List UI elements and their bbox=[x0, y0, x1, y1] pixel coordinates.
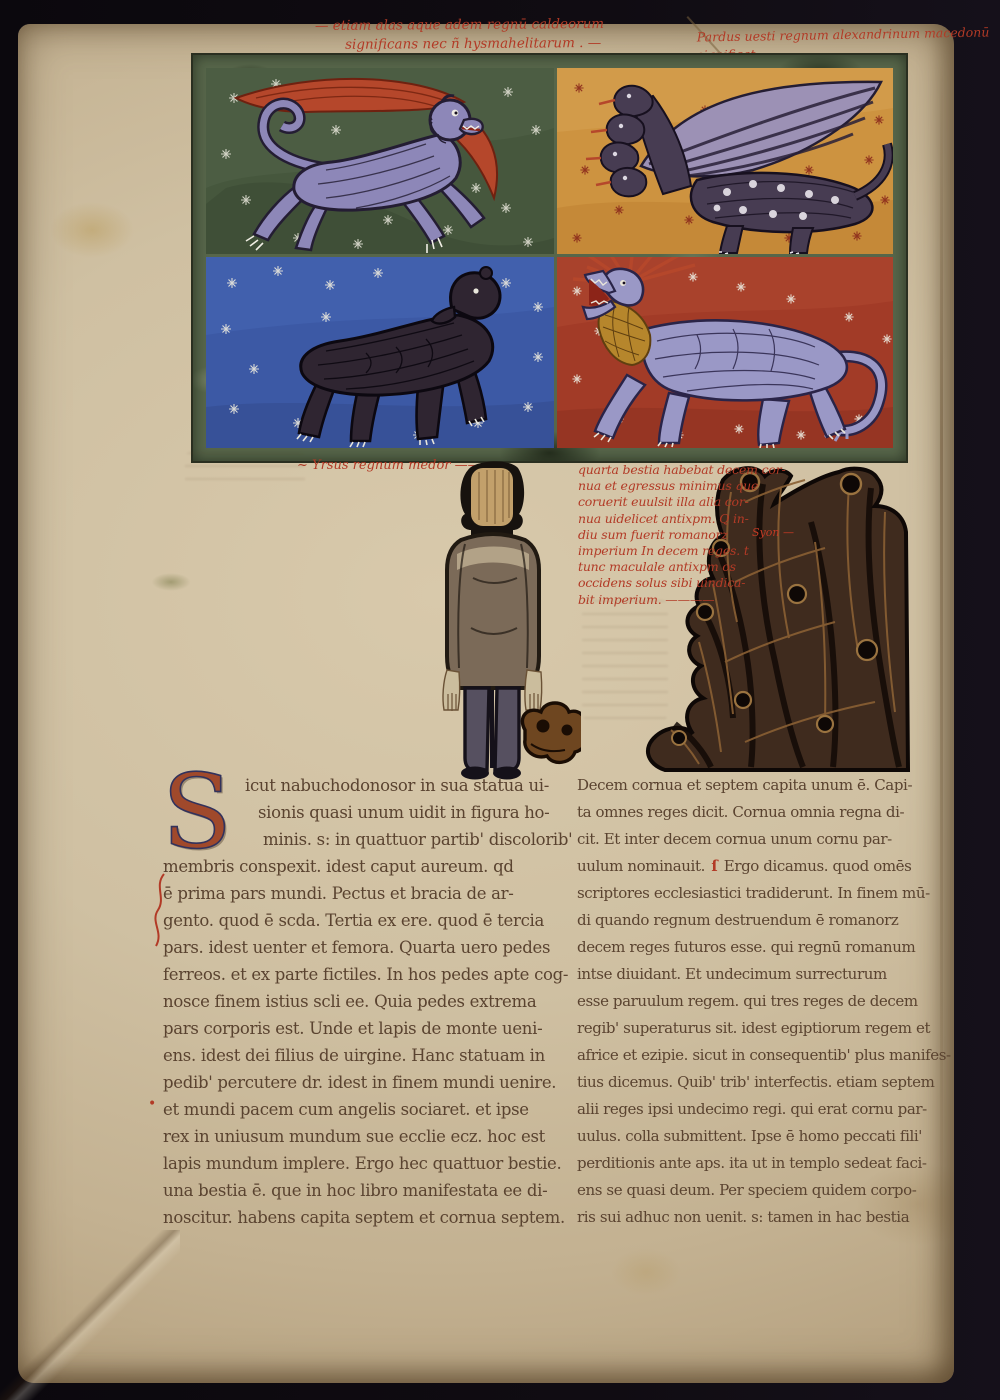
text-line: et mundi pacem cum angelis sociaret. et … bbox=[163, 1096, 577, 1123]
text-line: ens. idest dei filius de uirgine. Hanc s… bbox=[163, 1042, 577, 1069]
text-segment: uulum nominauit. bbox=[577, 857, 705, 875]
text-line: intse diuidant. Et undecimum surrecturum bbox=[577, 961, 923, 988]
rubric-line: nua uidelicet antixpm. Q in- bbox=[578, 511, 810, 527]
text-line: minis. s: in quattuor partib' discolorib… bbox=[163, 826, 577, 853]
text-line: membris conspexit. idest caput aureum. q… bbox=[163, 853, 577, 880]
text-line: sionis quasi unum uidit in figura ho- bbox=[163, 799, 577, 826]
right-text-column: Decem cornua et septem capita unum ē. Ca… bbox=[577, 772, 923, 1231]
rubric-line: quarta bestia habebat decem cor- bbox=[578, 462, 810, 478]
fold-crease bbox=[940, 60, 943, 1340]
text-line: lapis mundum implere. Ergo hec quattuor … bbox=[163, 1150, 577, 1177]
rubric-line: coruerit euulsit illa alia cor- bbox=[578, 494, 810, 510]
rubric-line: imperium In decem reges. t bbox=[578, 543, 810, 559]
text-line: ē prima pars mundi. Pectus et bracia de … bbox=[163, 880, 577, 907]
text-line: tius dicemus. Quib' trib' interfectis. e… bbox=[577, 1069, 923, 1096]
quadrant-winged-pard bbox=[557, 68, 893, 254]
text-line: uulus. colla submittent. Ipse ē homo pec… bbox=[577, 1123, 923, 1150]
text-line: scriptores ecclesiastici tradiderunt. In… bbox=[577, 880, 923, 907]
rubric-line: bit imperium. ———— bbox=[578, 592, 810, 608]
text-line: ens se quasi deum. Per speciem quidem co… bbox=[577, 1177, 923, 1204]
rubric-top-left: — etiam alas aque adem regnū caldeorum s… bbox=[315, 15, 604, 55]
text-line: rex in uniusum mundum sue ecclie ecz. ho… bbox=[163, 1123, 577, 1150]
bear-figure bbox=[206, 257, 554, 448]
text-line: ta omnes reges dicit. Cornua omnia regna… bbox=[577, 799, 923, 826]
page-curl bbox=[0, 1230, 180, 1400]
show-through-text bbox=[185, 452, 305, 486]
text-line: noscitur. habens capita septem et cornua… bbox=[163, 1204, 577, 1231]
manuscript-photo: — etiam alas aque adem regnū caldeorum s… bbox=[0, 0, 1000, 1400]
text-line: ris sui adhuc non uenit. s: tamen in hac… bbox=[577, 1204, 923, 1231]
rubric-fourth-beast-note: quarta bestia habebat decem cor- nua et … bbox=[578, 462, 810, 608]
margin-mark: • bbox=[148, 1096, 156, 1112]
text-line: nosce finem istius scli ee. Quia pedes e… bbox=[163, 988, 577, 1015]
text-line: pars. idest uenter et femora. Quarta uer… bbox=[163, 934, 577, 961]
text-line: pars corporis est. Unde et lapis de mont… bbox=[163, 1015, 577, 1042]
text-line: pedib' percutere dr. idest in finem mund… bbox=[163, 1069, 577, 1096]
text-line: una bestia ē. que in hoc libro manifesta… bbox=[163, 1177, 577, 1204]
text-line: Decem cornua et septem capita unum ē. Ca… bbox=[577, 772, 923, 799]
quadrant-bear bbox=[206, 257, 554, 448]
quadrant-winged-lion bbox=[206, 68, 554, 254]
rubric-line: significans nec ñ hysmahelitarum . — bbox=[315, 34, 604, 55]
text-line: esse paruulum regem. qui tres reges de d… bbox=[577, 988, 923, 1015]
text-line: africe et ezipie. sicut in consequentib'… bbox=[577, 1042, 923, 1069]
text-segment: Ergo dicamus. quod omēs bbox=[724, 857, 912, 875]
fourth-beast-figure bbox=[557, 257, 893, 448]
rubric-line: — etiam alas aque adem regnū caldeorum bbox=[315, 15, 604, 36]
text-line: cit. Et inter decem cornua unum cornu pa… bbox=[577, 826, 923, 853]
text-line: ferreos. et ex parte fictiles. In hos pe… bbox=[163, 961, 577, 988]
text-line: gento. quod ē scda. Tertia ex ere. quod … bbox=[163, 907, 577, 934]
text-line: icut nabuchodonosor in sua statua ui- bbox=[163, 772, 577, 799]
text-line: alii reges ipsi undecimo regi. qui erat … bbox=[577, 1096, 923, 1123]
rubric-line: diu sum fuerit romanorz bbox=[578, 527, 810, 543]
stone-figure bbox=[522, 703, 581, 762]
statue-figure bbox=[413, 458, 581, 784]
text-line: regib' superaturus sit. idest egiptiorum… bbox=[577, 1015, 923, 1042]
winged-lion-figure bbox=[206, 68, 554, 254]
quadrant-fourth-beast bbox=[557, 257, 893, 448]
text-line: uulum nominauit. ſ Ergo dicamus. quod om… bbox=[577, 853, 923, 880]
rubric-line: tunc maculale antixpm os bbox=[578, 559, 810, 575]
text-line: perditionis ante aps. ita ut in templo s… bbox=[577, 1150, 923, 1177]
rubric-line: nua et egressus minimus que bbox=[578, 478, 810, 494]
paragraph-mark: ſ bbox=[709, 857, 719, 875]
winged-pard-figure bbox=[557, 68, 893, 254]
four-beasts-miniature bbox=[193, 55, 906, 461]
text-line: decem reges futuros esse. qui regnū roma… bbox=[577, 934, 923, 961]
left-text-column: icut nabuchodonosor in sua statua ui- si… bbox=[163, 772, 577, 1231]
rubric-line: occidens solus sibi uindica- bbox=[578, 575, 810, 591]
text-line: di quando regnum destruendum ē romanorz bbox=[577, 907, 923, 934]
